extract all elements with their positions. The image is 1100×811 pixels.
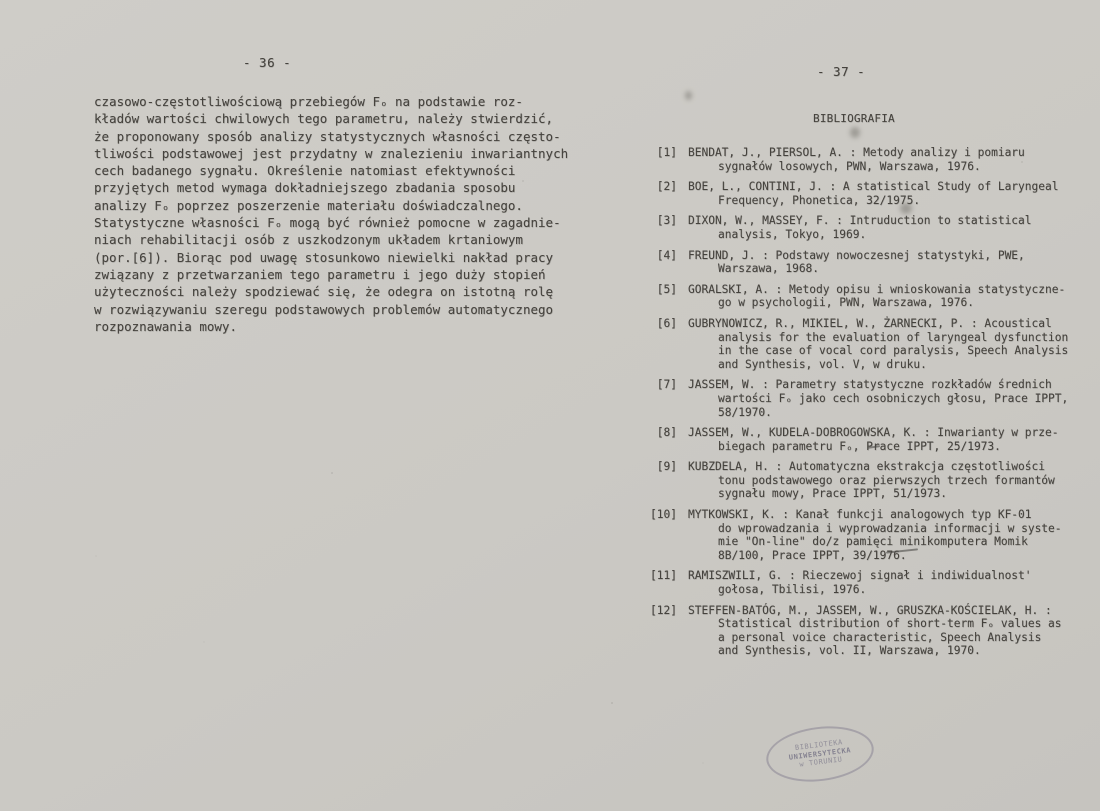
ink-smudge — [685, 91, 692, 100]
reference-number: [4] — [650, 249, 677, 263]
reference-item: [3]DIXON, W., MASSEY, F. : Intruduction … — [650, 214, 1082, 241]
reference-number: [9] — [650, 460, 677, 474]
body-paragraph: czasowo-częstotliwościową przebiegów Fₒ … — [94, 93, 586, 335]
reference-item: [9]KUBZDELA, H. : Automatyczna ekstrakcj… — [650, 460, 1082, 501]
reference-item: [2]BOE, L., CONTINI, J. : A statistical … — [650, 180, 1082, 207]
reference-item: [4]FREUND, J. : Podstawy nowoczesnej sta… — [650, 249, 1082, 276]
reference-text: STEFFEN-BATÓG, M., JASSEM, W., GRUSZKA-K… — [718, 604, 1082, 658]
reference-text: RAMISZWILI, G. : Rieczewoj signał i indi… — [718, 569, 1082, 596]
reference-number: [2] — [650, 180, 677, 194]
reference-number: [10] — [650, 508, 677, 522]
reference-item: [8]JASSEM, W., KUDELA-DOBROGOWSKA, K. : … — [650, 426, 1082, 453]
reference-text: GUBRYNOWICZ, R., MIKIEL, W., ŻARNECKI, P… — [718, 317, 1082, 371]
reference-number: [5] — [650, 283, 677, 297]
reference-text: KUBZDELA, H. : Automatyczna ekstrakcja c… — [718, 460, 1082, 501]
reference-item: [6]GUBRYNOWICZ, R., MIKIEL, W., ŻARNECKI… — [650, 317, 1082, 371]
bibliography-title: BIBLIOGRAFIA — [813, 112, 895, 125]
reference-item: [1]BENDAT, J., PIERSOL, A. : Metody anal… — [650, 146, 1082, 173]
reference-text: BENDAT, J., PIERSOL, A. : Metody analizy… — [718, 146, 1082, 173]
reference-number: [12] — [650, 604, 677, 618]
reference-text: DIXON, W., MASSEY, F. : Intruduction to … — [718, 214, 1082, 241]
reference-number: [6] — [650, 317, 677, 331]
reference-text: BOE, L., CONTINI, J. : A statistical Stu… — [718, 180, 1082, 207]
reference-item: [12]STEFFEN-BATÓG, M., JASSEM, W., GRUSZ… — [650, 604, 1082, 658]
reference-item: [5]GORALSKI, A. : Metody opisu i wniosko… — [650, 283, 1082, 310]
reference-number: [3] — [650, 214, 677, 228]
library-stamp-icon: BIBLIOTEKA UNIWERSYTECKA w TORUNIU — [763, 721, 877, 788]
ink-smudge — [900, 203, 912, 214]
ink-smudge — [850, 127, 860, 138]
reference-number: [8] — [650, 426, 677, 440]
reference-text: GORALSKI, A. : Metody opisu i wnioskowan… — [718, 283, 1082, 310]
reference-text: FREUND, J. : Podstawy nowoczesnej statys… — [718, 249, 1082, 276]
reference-number: [11] — [650, 569, 677, 583]
reference-text: MYTKOWSKI, K. : Kanał funkcji analogowyc… — [718, 508, 1082, 562]
reference-item: [7]JASSEM, W. : Parametry statystyczne r… — [650, 378, 1082, 419]
reference-number: [1] — [650, 146, 677, 160]
page-number-left: - 36 - — [243, 55, 291, 70]
scanned-book-spread: { "colors": { "paper": "#cccac5", "ink":… — [0, 0, 1100, 811]
reference-text: JASSEM, W., KUDELA-DOBROGOWSKA, K. : Inw… — [718, 426, 1082, 453]
reference-item: [11]RAMISZWILI, G. : Rieczewoj signał i … — [650, 569, 1082, 596]
reference-text: JASSEM, W. : Parametry statystyczne rozk… — [718, 378, 1082, 419]
reference-list: [1]BENDAT, J., PIERSOL, A. : Metody anal… — [650, 146, 1082, 665]
reference-number: [7] — [650, 378, 677, 392]
reference-item: [10]MYTKOWSKI, K. : Kanał funkcji analog… — [650, 508, 1082, 562]
page-number-right: - 37 - — [817, 64, 865, 79]
